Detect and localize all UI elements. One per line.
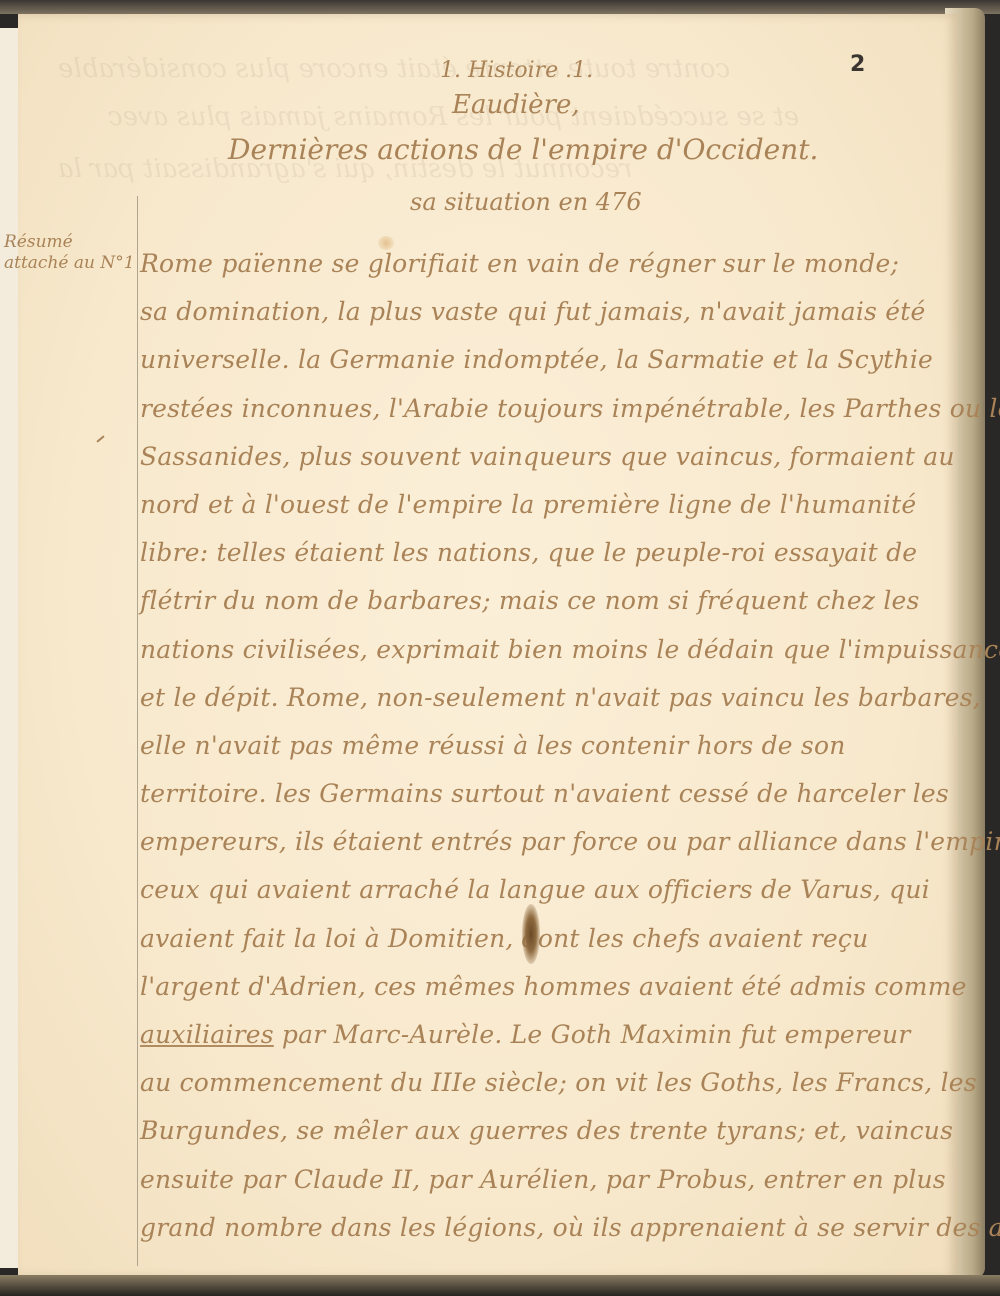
flyleaf-edge	[0, 28, 19, 1268]
text-line: Sassanides, plus souvent vainqueurs que …	[140, 433, 940, 481]
bleed-through-text: contre toute attente était encore plus c…	[58, 54, 730, 84]
text-line: ensuite par Claude II, par Aurélien, par…	[140, 1156, 940, 1204]
margin-note-line: attaché au N°1	[4, 253, 135, 274]
ink-stain	[522, 904, 540, 964]
text-line: Burgundes, se mêler aux guerres des tren…	[140, 1107, 940, 1155]
text-line: restées inconnues, l'Arabie toujours imp…	[140, 385, 940, 433]
text-line: avaient fait la loi à Domitien, dont les…	[140, 915, 940, 963]
text-line: elle n'avait pas même réussi à les conte…	[140, 722, 940, 770]
text-line: nord et à l'ouest de l'empire la premièr…	[140, 481, 940, 529]
margin-note-line: Résumé	[4, 232, 135, 253]
text-line: auxiliaires par Marc-Aurèle. Le Goth Max…	[140, 1011, 940, 1059]
text-line: sa domination, la plus vaste qui fut jam…	[140, 288, 940, 336]
body-text: Rome païenne se glorifiait en vain de ré…	[140, 240, 940, 1252]
text-line: empereurs, ils étaient entrés par force …	[140, 818, 940, 866]
text-line: et le dépit. Rome, non-seulement n'avait…	[140, 674, 940, 722]
section-heading: 1. Histoire .1.	[440, 58, 593, 83]
book-binding-top	[0, 0, 1000, 14]
text-line-rest: par Marc-Aurèle. Le Goth Maximin fut emp…	[274, 1020, 911, 1049]
text-line: Rome païenne se glorifiait en vain de ré…	[140, 240, 940, 288]
text-line: grand nombre dans les légions, où ils ap…	[140, 1204, 940, 1252]
underlined-word: auxiliaires	[140, 1020, 274, 1049]
text-line: universelle. la Germanie indomptée, la S…	[140, 336, 940, 384]
text-line: libre: telles étaient les nations, que l…	[140, 529, 940, 577]
page-number: 2	[850, 52, 865, 77]
margin-note: Résumé attaché au N°1	[4, 232, 135, 274]
text-line: au commencement du IIIe siècle; on vit l…	[140, 1059, 940, 1107]
book-binding-bottom	[0, 1275, 1000, 1296]
page-subtitle: sa situation en 476	[410, 188, 642, 216]
text-line: flétrir du nom de barbares; mais ce nom …	[140, 577, 940, 625]
text-line: l'argent d'Adrien, ces mêmes hommes avai…	[140, 963, 940, 1011]
text-line: nations civilisées, exprimait bien moins…	[140, 626, 940, 674]
margin-rule	[137, 196, 138, 1266]
text-line: territoire. les Germains surtout n'avaie…	[140, 770, 940, 818]
text-line: ceux qui avaient arraché la langue aux o…	[140, 866, 940, 914]
page-title: Dernières actions de l'empire d'Occident…	[228, 133, 818, 166]
author-name: Eaudière,	[452, 90, 580, 120]
